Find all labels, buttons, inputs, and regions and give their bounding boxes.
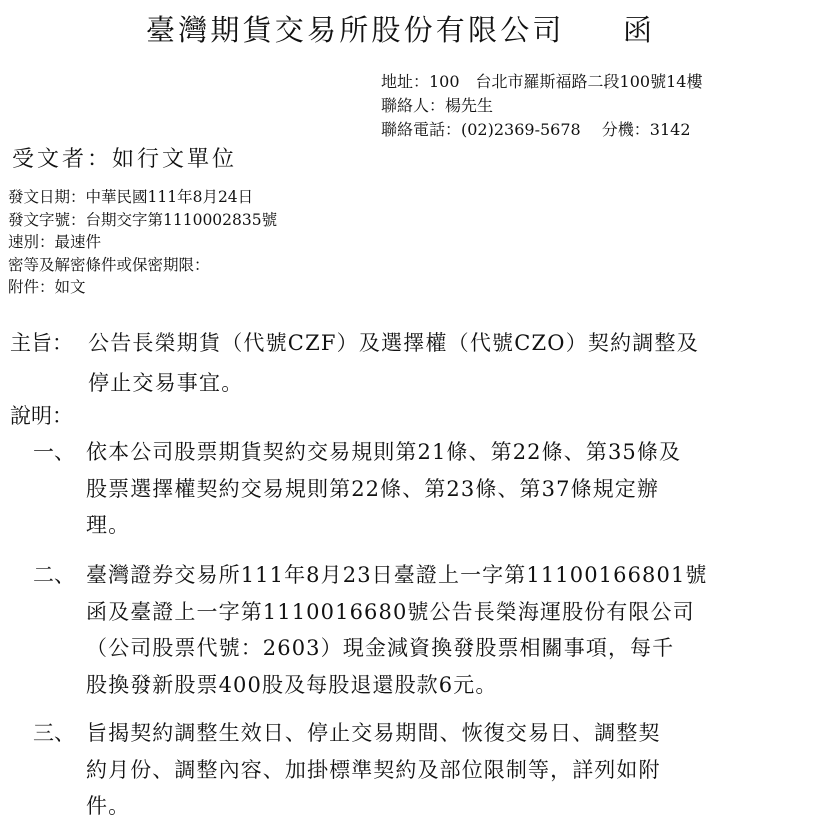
document-number: 發文字號：台期交字第1110002835號	[8, 209, 277, 232]
document-title: 臺灣期貨交易所股份有限公司	[146, 12, 565, 48]
item-number: 二、	[33, 557, 86, 703]
explanation-item-3: 三、 旨揭契約調整生效日、停止交易期間、恢復交易日、調整契 約月份、調整內容、加…	[33, 715, 661, 825]
item-line: 件。	[86, 788, 661, 825]
recipient: 受文者：如行文單位	[12, 145, 237, 175]
item-number: 三、	[33, 715, 86, 825]
attachment: 附件：如文	[8, 276, 277, 299]
document-type: 函	[623, 12, 652, 48]
item-line: （公司股票代號：2603）現金減資換發股票相關事項，每千	[86, 630, 708, 667]
explanation-item-1: 一、 依本公司股票期貨契約交易規則第21條、第22條、第35條及 股票選擇權契約…	[33, 434, 681, 544]
contact-person: 聯絡人：楊先生	[381, 94, 702, 118]
item-line: 約月份、調整內容、加掛標準契約及部位限制等，詳列如附	[86, 752, 661, 789]
document-meta: 發文日期：中華民國111年8月24日 發文字號：台期交字第1110002835號…	[8, 186, 277, 299]
issue-date: 發文日期：中華民國111年8月24日	[8, 186, 277, 209]
confidentiality: 密等及解密條件或保密期限：	[8, 254, 277, 277]
contact-block: 地址：100 台北市羅斯福路二段100號14樓 聯絡人：楊先生 聯絡電話：(02…	[381, 70, 702, 142]
item-line: 理。	[86, 507, 681, 544]
subject-section: 主旨： 公告長榮期貨（代號CZF）及選擇權（代號CZO）契約調整及 停止交易事宜…	[10, 323, 699, 403]
urgency: 速別：最速件	[8, 231, 277, 254]
item-number: 一、	[33, 434, 86, 544]
contact-address: 地址：100 台北市羅斯福路二段100號14樓	[381, 70, 702, 94]
item-line: 旨揭契約調整生效日、停止交易期間、恢復交易日、調整契	[86, 715, 661, 752]
item-text: 依本公司股票期貨契約交易規則第21條、第22條、第35條及 股票選擇權契約交易規…	[86, 434, 681, 544]
item-line: 函及臺證上一字第1110016680號公告長榮海運股份有限公司	[86, 594, 708, 631]
explanation-label: 說明：	[10, 403, 73, 429]
item-line: 股換發新股票400股及每股退還股款6元。	[86, 667, 708, 704]
item-text: 旨揭契約調整生效日、停止交易期間、恢復交易日、調整契 約月份、調整內容、加掛標準…	[86, 715, 661, 825]
subject-line: 公告長榮期貨（代號CZF）及選擇權（代號CZO）契約調整及	[88, 323, 699, 363]
item-line: 依本公司股票期貨契約交易規則第21條、第22條、第35條及	[86, 434, 681, 471]
item-line: 臺灣證券交易所111年8月23日臺證上一字第11100166801號	[86, 557, 708, 594]
item-text: 臺灣證券交易所111年8月23日臺證上一字第11100166801號 函及臺證上…	[86, 557, 708, 703]
item-line: 股票選擇權契約交易規則第22條、第23條、第37條規定辦	[86, 471, 681, 508]
contact-phone: 聯絡電話：(02)2369-5678 分機：3142	[381, 118, 702, 142]
explanation-item-2: 二、 臺灣證券交易所111年8月23日臺證上一字第11100166801號 函及…	[33, 557, 708, 703]
subject-line: 停止交易事宜。	[88, 363, 699, 403]
subject-label: 主旨：	[10, 323, 88, 403]
subject-text: 公告長榮期貨（代號CZF）及選擇權（代號CZO）契約調整及 停止交易事宜。	[88, 323, 699, 403]
